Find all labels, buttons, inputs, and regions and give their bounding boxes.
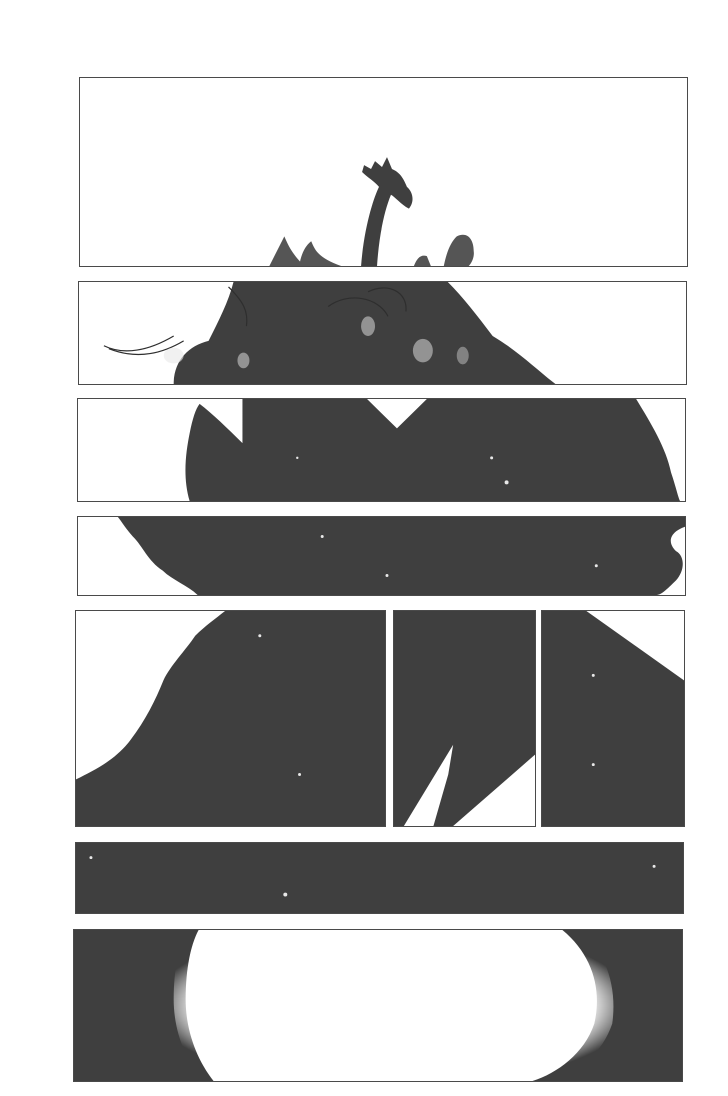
dark-cloud-mass	[78, 517, 685, 595]
dark-mass-white-corner	[76, 611, 385, 826]
white-glow-oval	[74, 930, 682, 1081]
dark-shoulders	[78, 399, 685, 501]
panel-3	[77, 398, 686, 502]
curly-hair-head	[79, 282, 686, 384]
panel-5	[75, 610, 386, 827]
panel-6	[393, 610, 536, 827]
dark-panel-corner	[542, 611, 684, 826]
panel-9	[73, 929, 683, 1082]
tendril-silhouette	[80, 78, 687, 266]
dark-panel-streaks	[394, 611, 535, 826]
panel-8	[75, 842, 684, 914]
panel-2	[78, 281, 687, 385]
panel-7	[541, 610, 685, 827]
panel-1	[79, 77, 688, 267]
panel-4	[77, 516, 686, 596]
dark-strip	[76, 843, 683, 913]
